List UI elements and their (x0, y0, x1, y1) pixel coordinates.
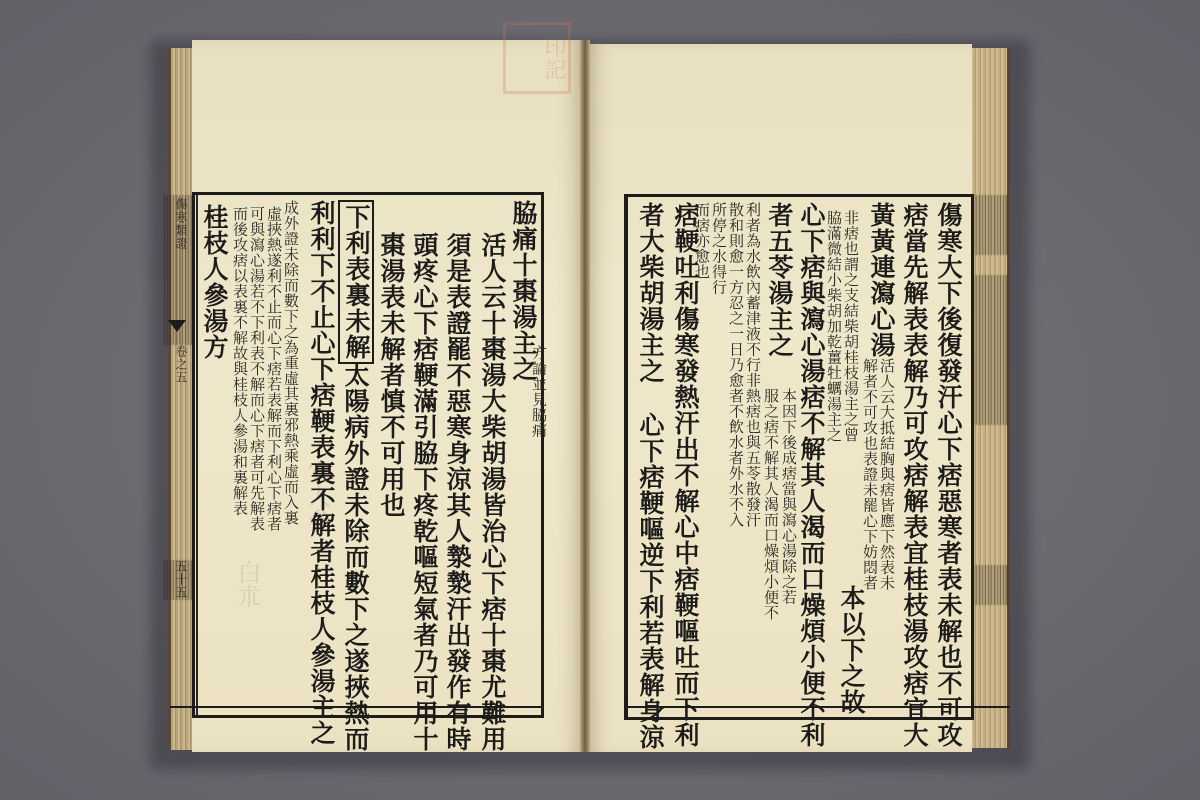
section-heading: 下利表裏未解 (338, 200, 374, 364)
annotation-column: 所停之水得行 (710, 202, 727, 295)
annotation-column: 虛挾熱遂利不止而心下痞若表解而下利心下痞者 (265, 206, 282, 532)
text-column: 心下痞鞕嘔逆下利若表解身涼 (635, 412, 665, 750)
text-column: 利利下不止心下痞鞕表裏不解者桂枝人參湯主之 (306, 200, 336, 746)
recipe-title: 桂枝人參湯方 (199, 204, 229, 360)
annotation-column: 方論並見脇痛 (530, 345, 547, 438)
annotation-column: 服之痞不解其人渴而口燥煩小便不 (762, 388, 779, 621)
banxin-title: 傷寒類證 (173, 198, 190, 250)
annotation-column: 散和則愈一方忍之一日乃愈者不飲水者外水不入 (727, 202, 744, 528)
annotation-column: 脇滿微結小柴胡加乾薑牡蠣湯主之 (825, 210, 842, 443)
text-column: 痞當先解表表解乃可攻痞解表宜桂枝湯攻痞宜大 (899, 202, 929, 748)
text-column: 心下痞與瀉心湯痞不解其人渴而口燥煩小便不利 (796, 202, 826, 748)
annotation-column: 非痞也謂之支結柴胡桂枝湯主之曾 (842, 210, 859, 443)
right-edge-ink-smudge (970, 565, 1008, 605)
text-column: 者大柴胡湯主之 (635, 202, 665, 384)
text-column: 須是表證罷不惡寒身涼其人漐漐汗出發作有時 (442, 232, 472, 752)
banxin-juan: 卷之五 (173, 345, 190, 384)
text-column: 者五苓湯主之 (764, 202, 794, 358)
right-edge-ink-smudge (970, 275, 1008, 425)
text-column: 頭疼心下痞鞕滿引脇下疼乾嘔短氣者乃可用十 (409, 232, 439, 752)
text-column: 傷寒大下後復發汗心下痞惡寒者表未解也不可攻 (933, 202, 963, 748)
bleed-through: 白朮 (230, 560, 265, 608)
fishtail-icon (168, 320, 186, 332)
right-edge-ink-smudge (970, 195, 1008, 255)
annotation-column: 成外證未除而數下之為重虛其裏邪熱乘虛而入裏 (282, 200, 299, 526)
text-column: 痞鞕吐利傷寒發熱汗出不解心中痞鞕嘔吐而下利 (670, 202, 700, 748)
annotation-column: 解者不可攻也表證未罷心下妨悶者 (861, 358, 878, 591)
seal-stamp: 印記 (503, 22, 571, 94)
text-column: 本以下之故 (836, 585, 866, 715)
book-gutter (580, 40, 590, 752)
text-column: 活人云十棗湯大柴胡湯皆治心下痞十棗尤難用 (477, 232, 507, 752)
annotation-column: 利者為水飲內蓄津液不行非熱痞也與五苓散發汗 (744, 202, 761, 528)
banxin-folio: 五十五 (173, 560, 190, 599)
annotation-column: 而後攻痞以表裏不解故與桂枝人參湯和裏解表 (231, 206, 248, 516)
text-column: 黃黃連瀉心湯 (866, 202, 896, 358)
text-column: 太陽病外證未除而數下之遂挾熱而 (340, 362, 370, 752)
annotation-column: 可與瀉心湯若不下利表不解而心下痞者可先解表 (248, 206, 265, 532)
annotation-column: 活人云大抵結胸與痞皆應下然表未 (878, 358, 895, 591)
annotation-column: 本因下後成痞當與瀉心湯除之若 (780, 388, 797, 605)
text-column: 棗湯表未解者慎不可用也 (376, 232, 406, 518)
